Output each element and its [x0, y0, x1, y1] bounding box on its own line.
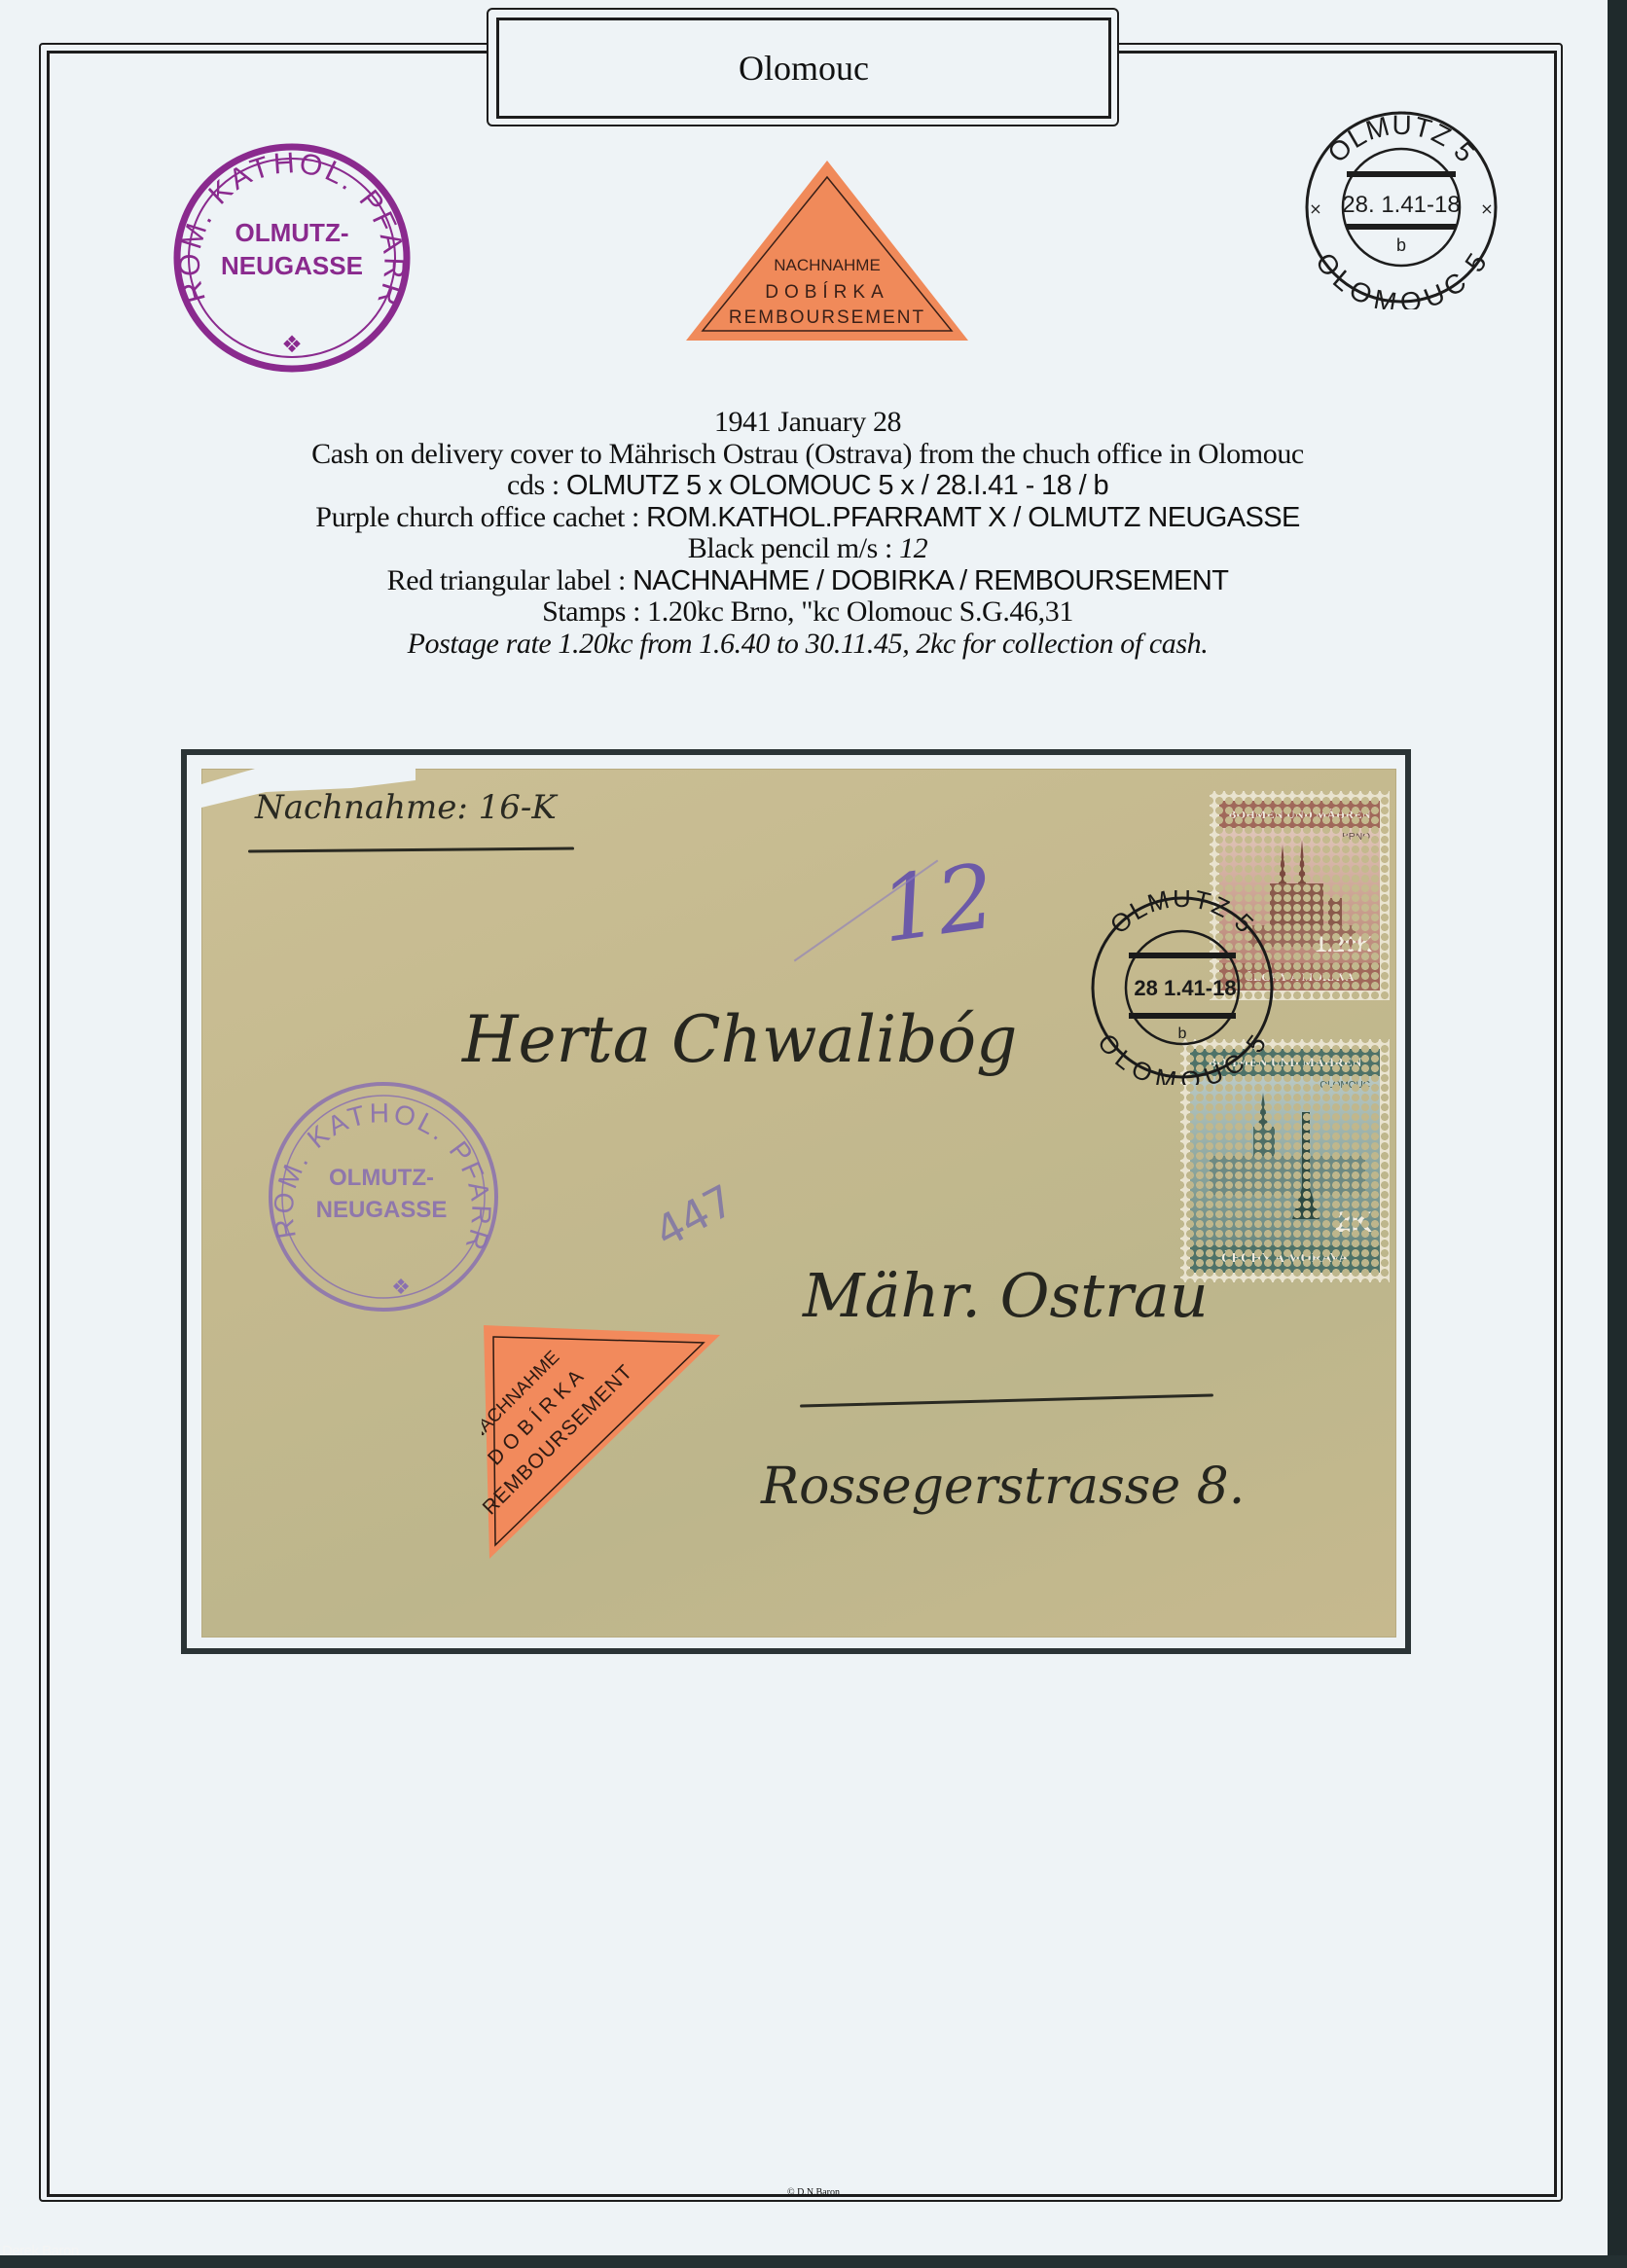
addressee: Herta Chwalibóg [462, 1002, 1017, 1077]
cachet-ornament-icon: ❖ [281, 331, 303, 358]
cod-label-line3: REMBOURSEMENT [729, 307, 925, 328]
description: 1941 January 28 Cash on delivery cover t… [97, 407, 1518, 660]
copyright: © D.N.Baron [0, 2187, 1627, 2198]
watermark: Derek Baron [2, 2243, 79, 2259]
postmark-date: 28. 1.41-18 [1342, 192, 1460, 218]
postmark-top-text: OLMÜTZ 5 [1321, 110, 1481, 168]
stamps-line: Stamps : 1.20kc Brno, "kc Olomouc S.G.46… [97, 596, 1518, 629]
envelope-cachet-line2: NEUGASSE [316, 1197, 448, 1223]
address-street: Rossegerstrasse 8. [761, 1458, 1245, 1516]
envelope-cachet-line1: OLMUTZ- [329, 1165, 434, 1191]
cod-label-line1: NACHNAHME [774, 256, 881, 274]
page-title: Olomouc [739, 48, 869, 89]
label-value: NACHNAHME / DOBIRKA / REMBOURSEMENT [633, 565, 1228, 596]
cachet-line: Purple church office cachet : ROM.KATHOL… [97, 502, 1518, 534]
stamp-olomouc-bottom-text: ČECHY A MORAVA [1190, 1245, 1380, 1273]
church-cachet-illustration: ROM. KATHOL. PFARRAMT OLMUTZ- NEUGASSE ❖ [170, 136, 423, 379]
cachet-value: ROM.KATHOL.PFARRAMT X / OLMUTZ NEUGASSE [646, 502, 1300, 533]
cod-note: Nachnahme: 16-K [255, 788, 557, 827]
stamp-olomouc-value: 2K [1335, 1206, 1372, 1240]
pencil-value: 12 [899, 532, 927, 564]
envelope-cachet: ROM. KATHOL. PFARRAMT OLMUTZ- NEUGASSE ❖ [265, 1078, 508, 1316]
cover-date: 1941 January 28 [97, 407, 1518, 439]
svg-text:OLMÜTZ 5: OLMÜTZ 5 [1321, 110, 1481, 168]
title-box: Olomouc [496, 18, 1111, 119]
label-label: Red triangular label : [387, 564, 633, 596]
cod-label-illustration: NACHNAHME DOBÍRKA REMBOURSEMENT [681, 156, 973, 350]
stamp-brno-value: 1.20K [1315, 932, 1372, 957]
postmark-illustration: OLMÜTZ 5 OLOMOUC 5 28. 1.41-18 b × × [1294, 105, 1508, 309]
postmark-letter: b [1396, 235, 1406, 255]
pencil-line: Black pencil m/s : 12 [97, 533, 1518, 565]
cds-label: cds : [507, 469, 566, 501]
envelope-cachet-ornament-icon: ❖ [391, 1276, 411, 1300]
cds-line: cds : OLMUTZ 5 x OLOMOUC 5 x / 28.I.41 -… [97, 470, 1518, 502]
postage-note: Postage rate 1.20kc from 1.6.40 to 30.11… [97, 629, 1518, 661]
envelope-postmark-letter: b [1178, 1026, 1187, 1042]
envelope-cod-label: NACHNAHME D O B Í R K A REMBOURSEMENT [482, 1323, 720, 1562]
cover-summary: Cash on delivery cover to Mährisch Ostra… [97, 439, 1518, 471]
postmark-cross-right-icon: × [1480, 199, 1493, 218]
scan-edge-right [1608, 0, 1627, 2268]
stamp-brno-top-text: BÖHMEN UND MÄHREN [1219, 801, 1380, 828]
cachet-inner-line1: OLMUTZ- [235, 218, 349, 247]
cod-label-line2: DOBÍRKA [765, 282, 889, 303]
envelope-postmark: OLMÜTZ 5 OLOMOUC 5 28 1.41-18 b [1080, 890, 1284, 1085]
envelope-postmark-date: 28 1.41-18 [1134, 976, 1236, 1000]
pencil-label: Black pencil m/s : [688, 532, 899, 564]
address-city: Mähr. Ostrau [803, 1260, 1209, 1331]
cachet-inner-line2: NEUGASSE [221, 251, 363, 280]
label-line: Red triangular label : NACHNAHME / DOBIR… [97, 565, 1518, 597]
postmark-cross-left-icon: × [1309, 199, 1321, 218]
scan-edge-bottom [0, 2255, 1627, 2268]
cachet-label: Purple church office cachet : [315, 501, 646, 533]
cds-value: OLMUTZ 5 x OLOMOUC 5 x / 28.I.41 - 18 / … [566, 470, 1108, 501]
